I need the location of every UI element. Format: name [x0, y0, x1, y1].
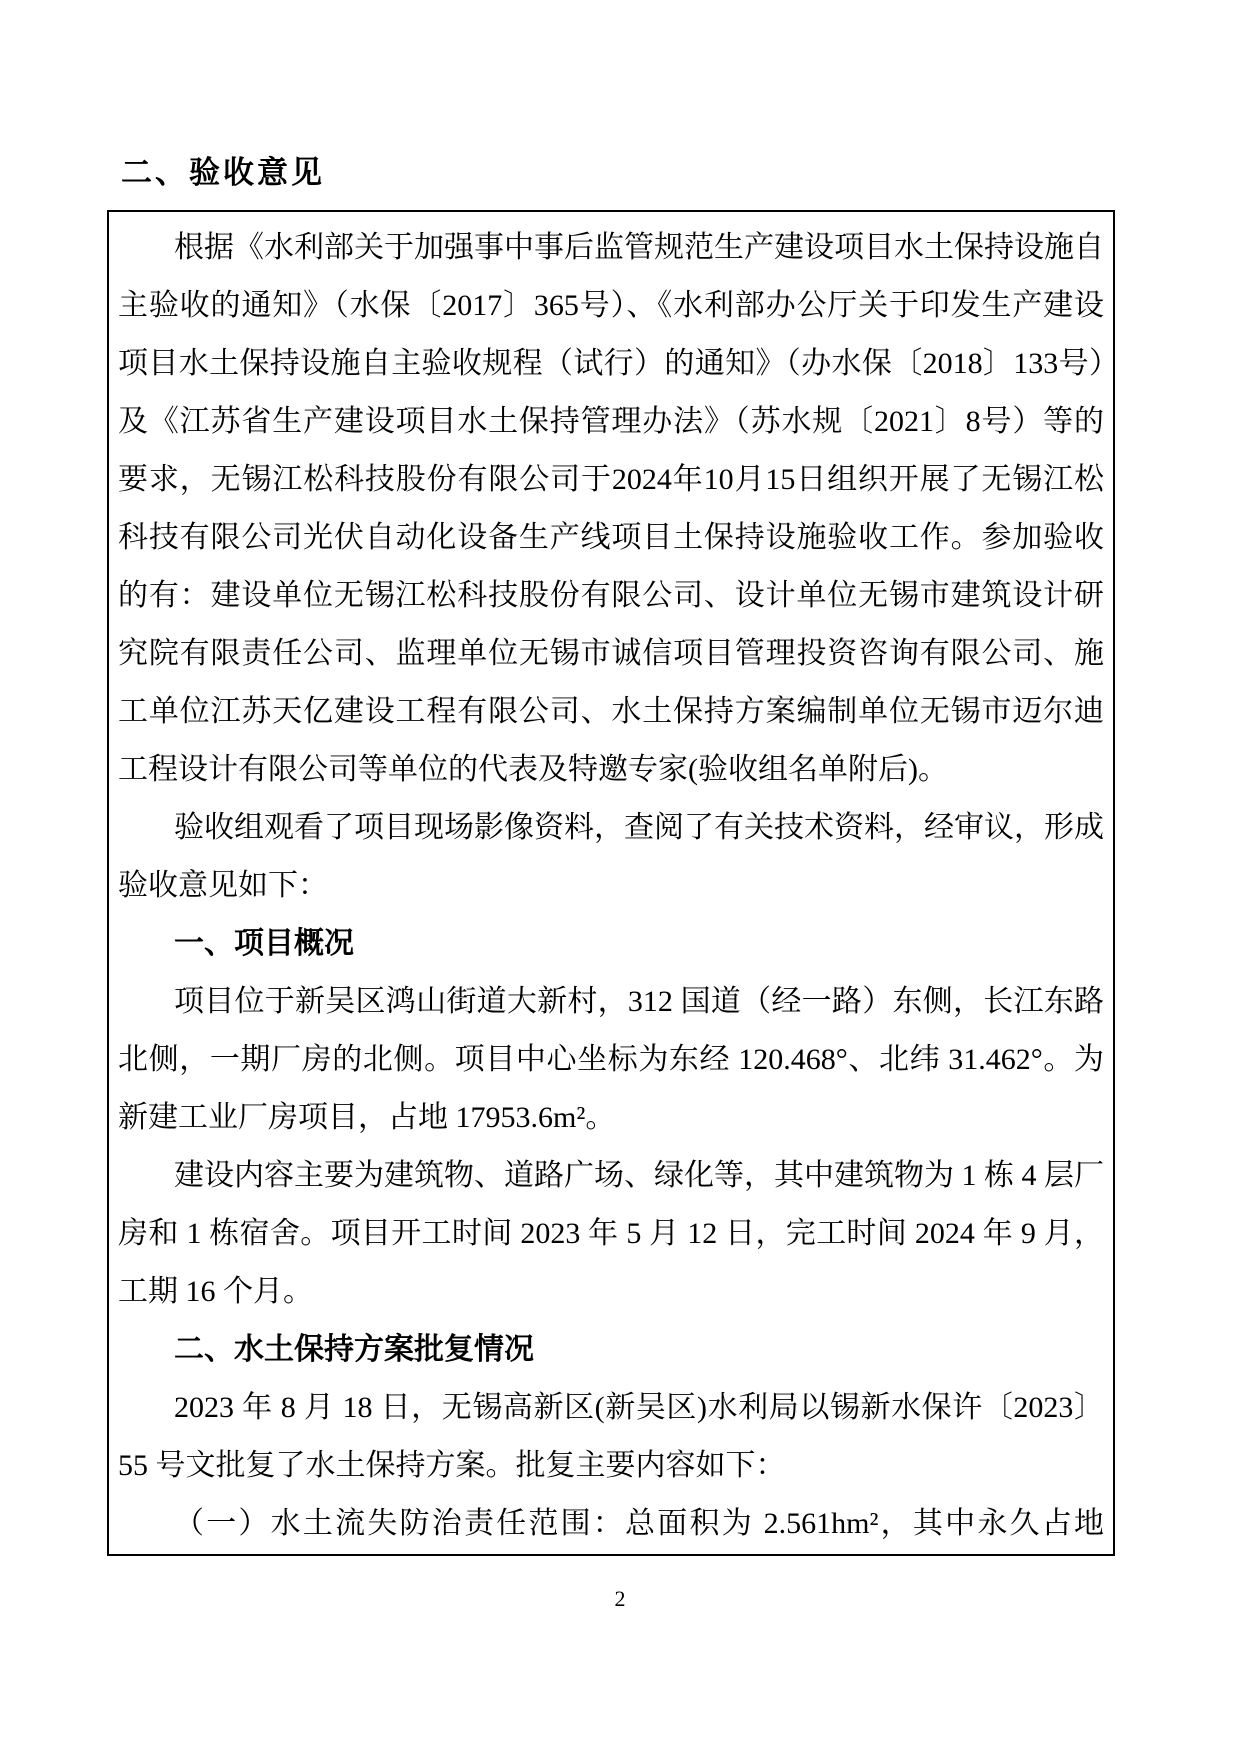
paragraph-acceptance-basis: 根据《水利部关于加强事中事后监管规范生产建设项目水土保持设施自主验收的通知》（水…: [118, 219, 1104, 799]
paragraph-construction-content: 建设内容主要为建筑物、道路广场、绿化等，其中建筑物为 1 栋 4 层厂房和 1 …: [118, 1147, 1104, 1321]
subheading-plan-approval: 二、水土保持方案批复情况: [118, 1321, 1104, 1379]
document-page: 二、验收意见 根据《水利部关于加强事中事后监管规范生产建设项目水土保持设施自主验…: [0, 0, 1240, 1754]
subheading-project-overview: 一、项目概况: [118, 915, 1104, 973]
paragraph-responsibility-scope: （一）水土流失防治责任范围：总面积为 2.561hm²，其中永久占地: [118, 1495, 1104, 1553]
page-number: 2: [0, 1586, 1240, 1612]
section-heading: 二、验收意见: [121, 153, 325, 193]
paragraph-project-location: 项目位于新吴区鸿山街道大新村，312 国道（经一路）东侧，长江东路北侧，一期厂房…: [118, 973, 1104, 1147]
opinion-box: 根据《水利部关于加强事中事后监管规范生产建设项目水土保持设施自主验收的通知》（水…: [107, 210, 1115, 1556]
paragraph-approval-document: 2023 年 8 月 18 日，无锡高新区(新吴区)水利局以锡新水保许〔2023…: [118, 1379, 1104, 1495]
paragraph-review-process: 验收组观看了项目现场影像资料，查阅了有关技术资料，经审议，形成验收意见如下：: [118, 799, 1104, 915]
